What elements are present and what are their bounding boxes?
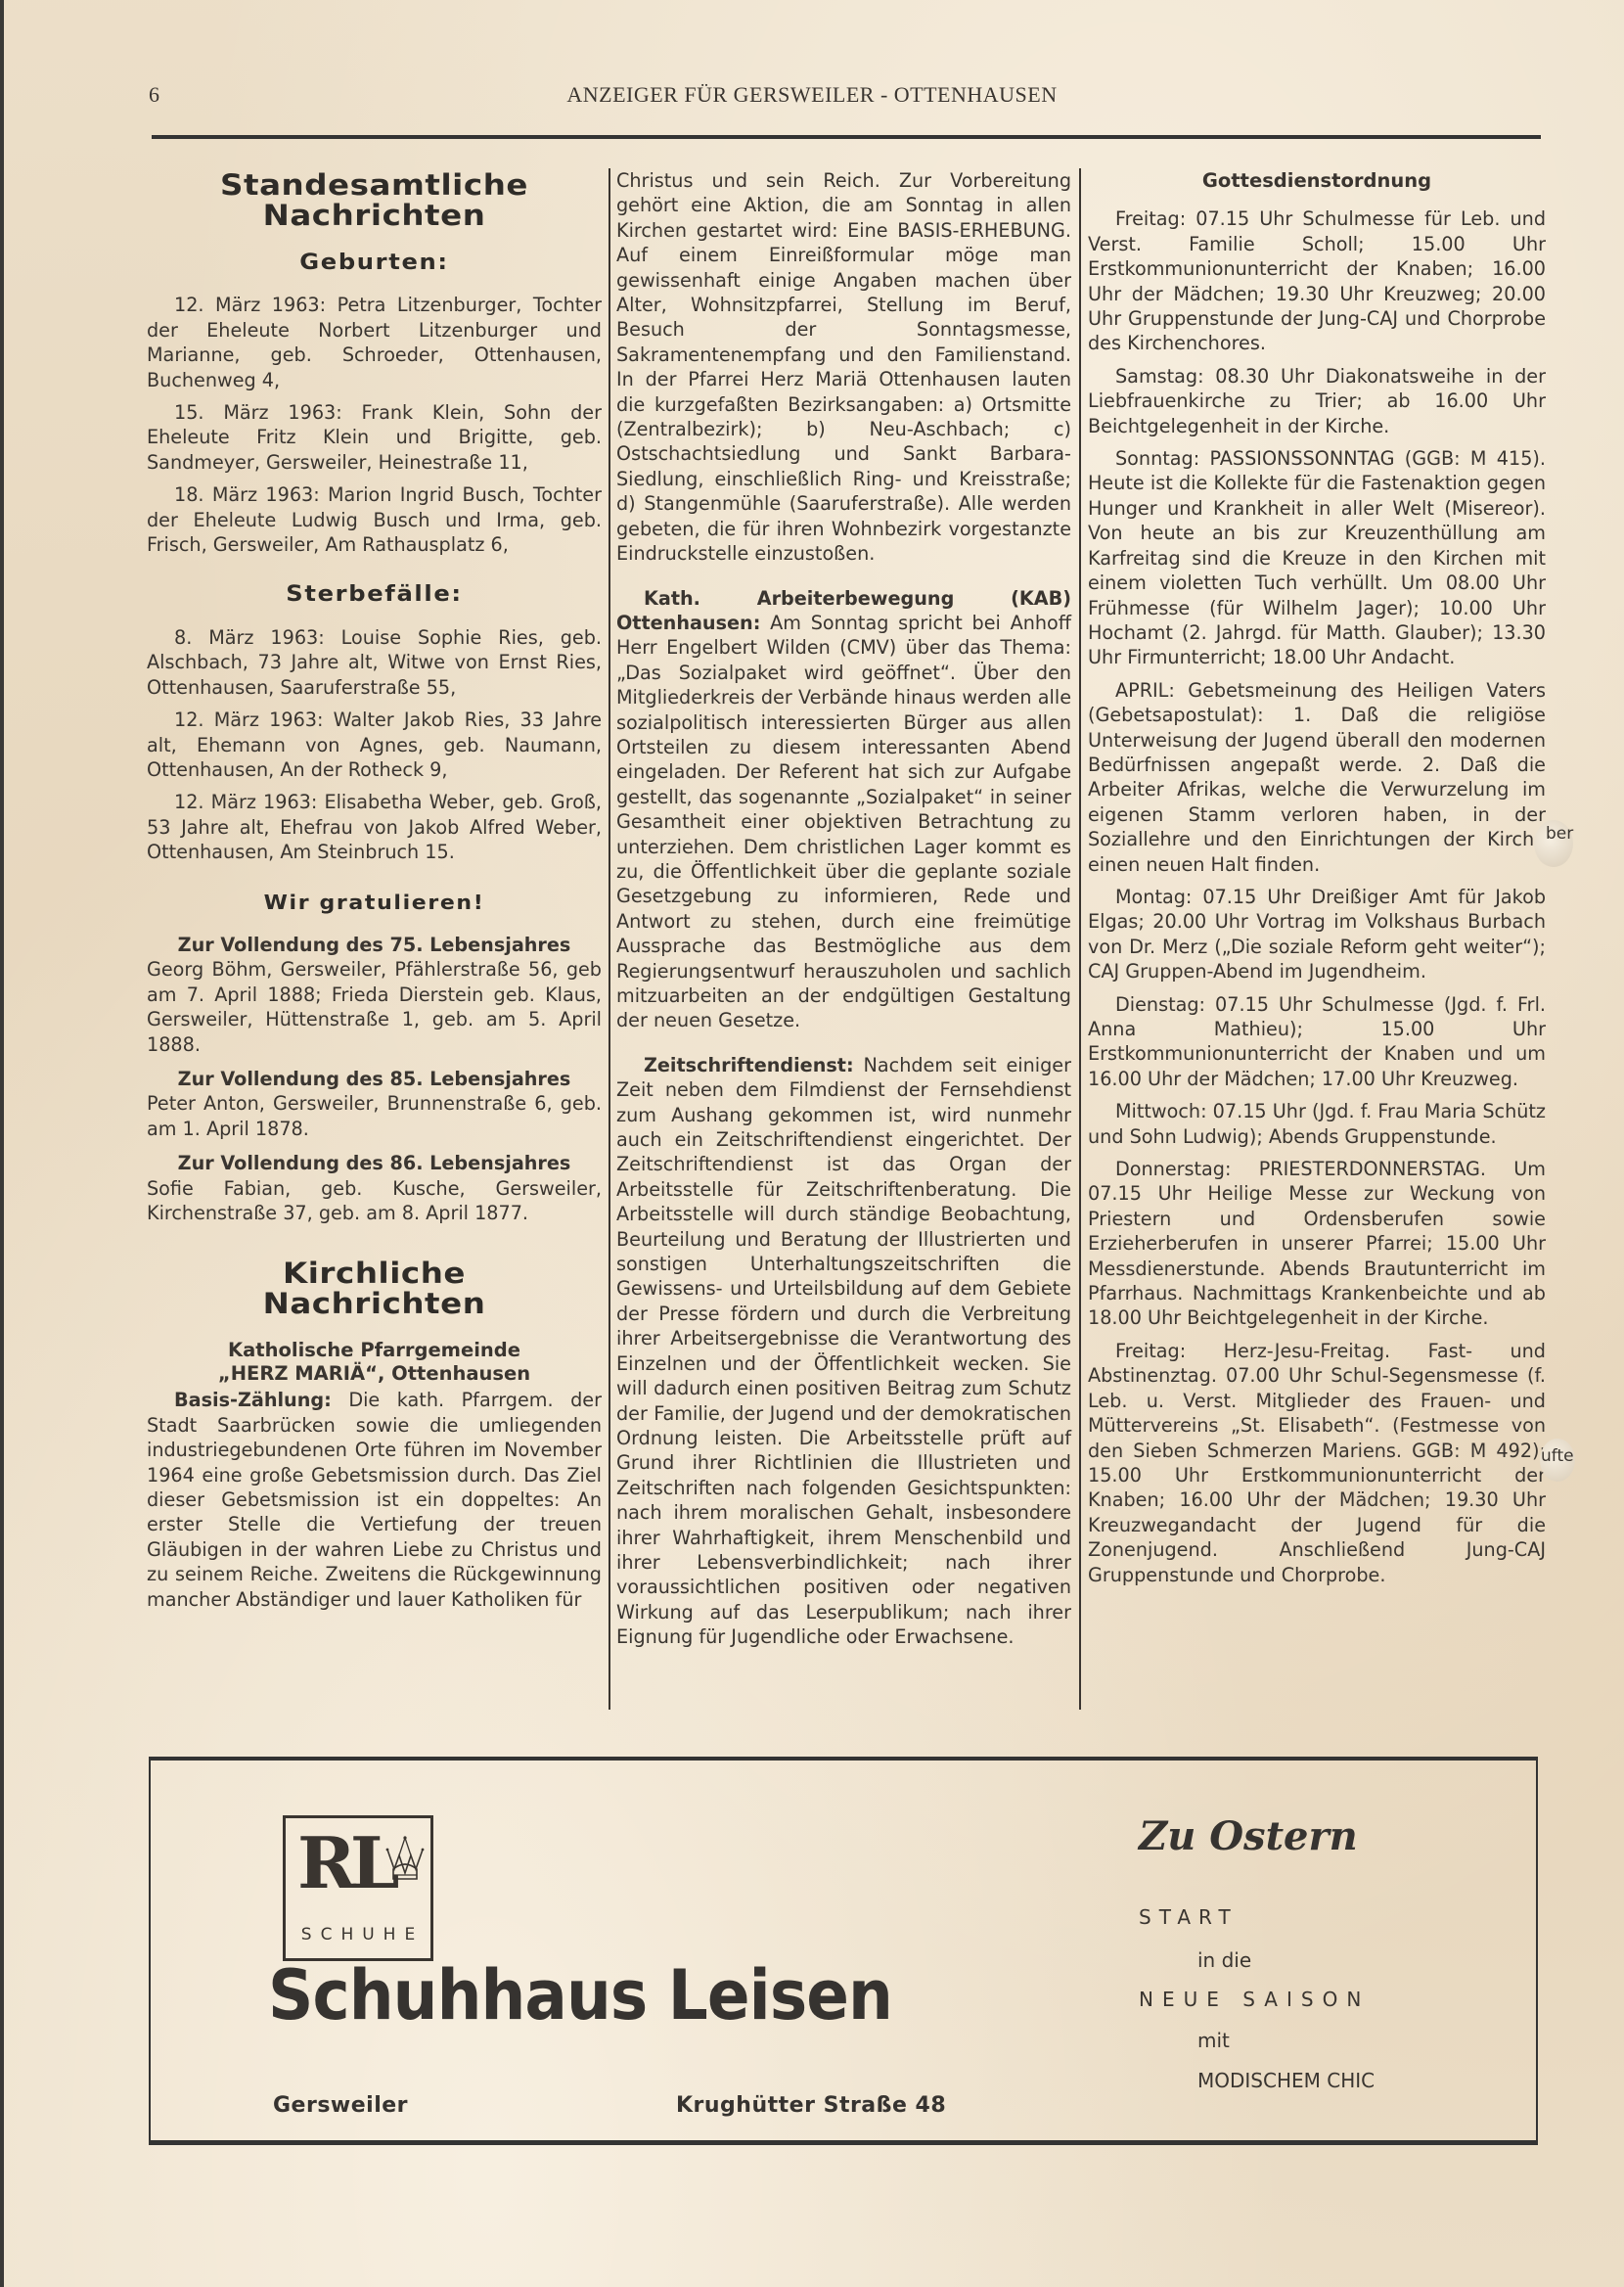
congrats-entry: Peter Anton, Gersweiler, Brunnenstraße 6… (147, 1091, 602, 1141)
birth-entry: 18. März 1963: Marion Ingrid Busch, Toch… (147, 482, 602, 557)
service-entry: Freitag: 07.15 Uhr Schulmesse für Leb. u… (1088, 206, 1546, 355)
column-1: Standesamtliche Nachrichten Geburten: 12… (147, 168, 602, 1620)
service-entry: APRIL: Gebetsmeinung des Heiligen Vaters… (1088, 678, 1546, 877)
births-heading: Geburten: (124, 251, 625, 275)
scan-edge (0, 0, 4, 2287)
congrats-heading: Wir gratulieren! (124, 891, 625, 915)
zeitschriftendienst-paragraph: Zeitschriftendienst: Nachdem seit einige… (616, 1053, 1071, 1650)
masthead: ANZEIGER FÜR GERSWEILER - OTTENHAUSEN (0, 82, 1624, 108)
death-entry: 12. März 1963: Walter Jakob Ries, 33 Jah… (147, 708, 602, 782)
ad-line-in-die: in die (1197, 1948, 1251, 1972)
congrats-age-heading: Zur Vollendung des 75. Lebensjahres (147, 933, 602, 957)
ad-line-start: START (1139, 1905, 1239, 1929)
column-divider (1079, 168, 1081, 1710)
header-rule (152, 135, 1541, 139)
congrats-entry: Georg Böhm, Gersweiler, Pfählerstraße 56… (147, 957, 602, 1057)
basis-continued: Christus und sein Reich. Zur Vorbereitun… (616, 168, 1071, 567)
bleed-through-text: ufte (1541, 1446, 1574, 1466)
service-entry: Dienstag: 07.15 Uhr Schulmesse (Jgd. f. … (1088, 992, 1546, 1092)
service-entry: Freitag: Herz-Jesu-Freitag. Fast- und Ab… (1088, 1339, 1546, 1587)
ad-line-chic: MODISCHEM CHIC (1197, 2069, 1375, 2092)
column-2: Christus und sein Reich. Zur Vorbereitun… (616, 168, 1071, 1658)
column-3: Gottesdienstordnung Freitag: 07.15 Uhr S… (1088, 168, 1546, 1595)
kab-paragraph: Kath. Arbeiterbewegung (KAB) Ottenhausen… (616, 586, 1071, 1033)
shop-street: Krughütter Straße 48 (676, 2093, 946, 2118)
service-entry: Donnerstag: PRIESTERDONNERSTAG. Um 07.15… (1088, 1157, 1546, 1331)
deaths-heading: Sterbefälle: (124, 582, 625, 607)
church-news-title: Kirchliche Nachrichten (119, 1258, 629, 1319)
service-entry: Montag: 07.15 Uhr Dreißiger Amt für Jako… (1088, 885, 1546, 984)
death-entry: 8. März 1963: Louise Sophie Ries, geb. A… (147, 625, 602, 700)
shop-name: Schuhhaus Leisen (268, 1956, 892, 2035)
column-divider (609, 168, 610, 1710)
service-entry: Sonntag: PASSIONSSONNTAG (GGB: M 415). H… (1088, 446, 1546, 670)
congrats-age-heading: Zur Vollendung des 85. Lebensjahres (147, 1067, 602, 1091)
advertisement: RL SCHUHE Schuhhaus Leisen Gersweiler Kr… (149, 1757, 1538, 2145)
shop-town: Gersweiler (273, 2093, 408, 2118)
ad-line-saison: NEUE SAISON (1139, 1988, 1370, 2011)
congrats-entry: Sofie Fabian, geb. Kusche, Gersweiler, K… (147, 1176, 602, 1226)
ad-line-mit: mit (1197, 2029, 1230, 2052)
logo-letters: RL (297, 1824, 393, 1902)
death-entry: 12. März 1963: Elisabetha Weber, geb. Gr… (147, 790, 602, 864)
congrats-age-heading: Zur Vollendung des 86. Lebensjahres (147, 1151, 602, 1175)
service-order-heading: Gottesdienstordnung (1088, 168, 1546, 193)
civil-registry-title: Standesamtliche Nachrichten (119, 170, 629, 231)
birth-entry: 15. März 1963: Frank Klein, Sohn der Ehe… (147, 400, 602, 475)
service-entry: Mittwoch: 07.15 Uhr (Jgd. f. Frau Maria … (1088, 1099, 1546, 1149)
rl-logo: RL SCHUHE (283, 1815, 433, 1961)
crown-icon (385, 1836, 425, 1883)
congrats-list: Zur Vollendung des 75. Lebensjahres Geor… (147, 933, 602, 1225)
birth-entry: 12. März 1963: Petra Litzenburger, Tocht… (147, 293, 602, 392)
parish-heading: Katholische Pfarrgemeinde „HERZ MARIÄ“, … (147, 1339, 602, 1386)
logo-subtitle: SCHUHE (286, 1925, 430, 1944)
bleed-through-text: ber (1546, 824, 1573, 844)
basis-paragraph: Basis-Zählung: Die kath. Pfarrgem. der S… (147, 1388, 602, 1612)
ad-script-title: Zu Ostern (1139, 1813, 1358, 1859)
service-entry: Samstag: 08.30 Uhr Diakonatsweihe in der… (1088, 364, 1546, 438)
